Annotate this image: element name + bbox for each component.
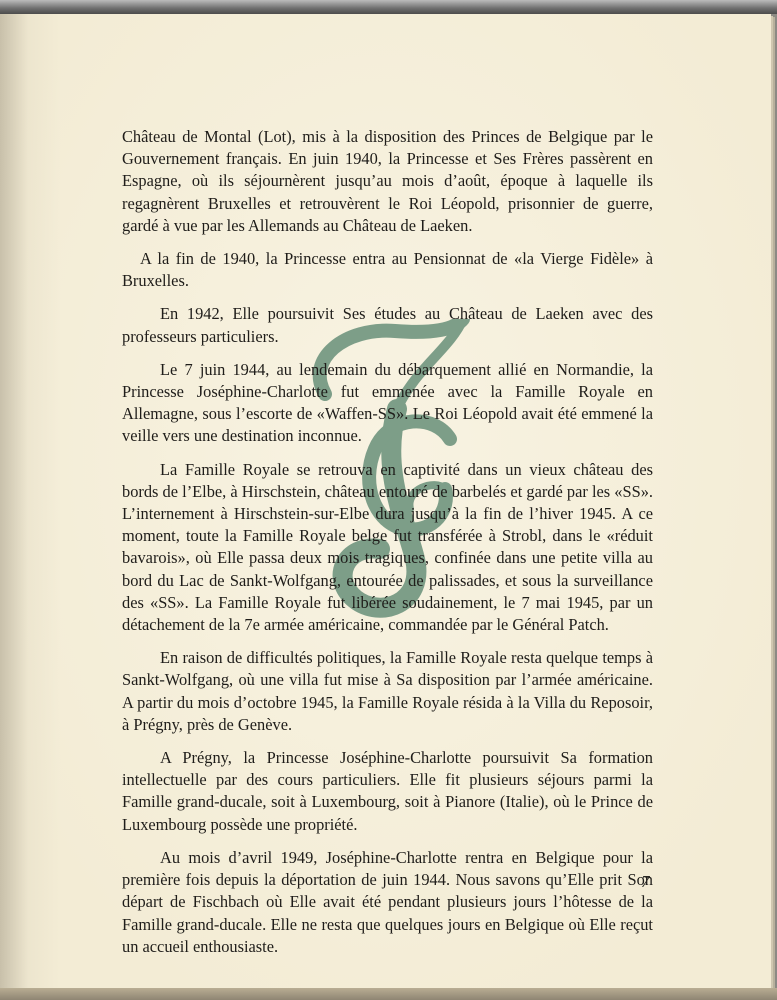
paragraph-7: A Prégny, la Princesse Joséphine-Charlot…	[122, 747, 653, 836]
paragraph-4: Le 7 juin 1944, au lendemain du débarque…	[122, 359, 653, 448]
paragraph-2: A la fin de 1940, la Princesse entra au …	[122, 248, 653, 292]
book-page: Château de Montal (Lot), mis à la dispos…	[0, 14, 771, 988]
paragraph-6: En raison de difficultés politiques, la …	[122, 647, 653, 736]
paragraph-3: En 1942, Elle poursuivit Ses études au C…	[122, 303, 653, 347]
body-text: Château de Montal (Lot), mis à la dispos…	[122, 126, 653, 969]
book-bottom-edge	[0, 988, 777, 1000]
paragraph-8: Au mois d’avril 1949, Joséphine-Charlott…	[122, 847, 653, 958]
paragraph-5: La Famille Royale se retrouva en captivi…	[122, 459, 653, 637]
paragraph-1: Château de Montal (Lot), mis à la dispos…	[122, 126, 653, 237]
book-top-edge	[0, 0, 777, 14]
page-number: 7	[641, 872, 650, 892]
